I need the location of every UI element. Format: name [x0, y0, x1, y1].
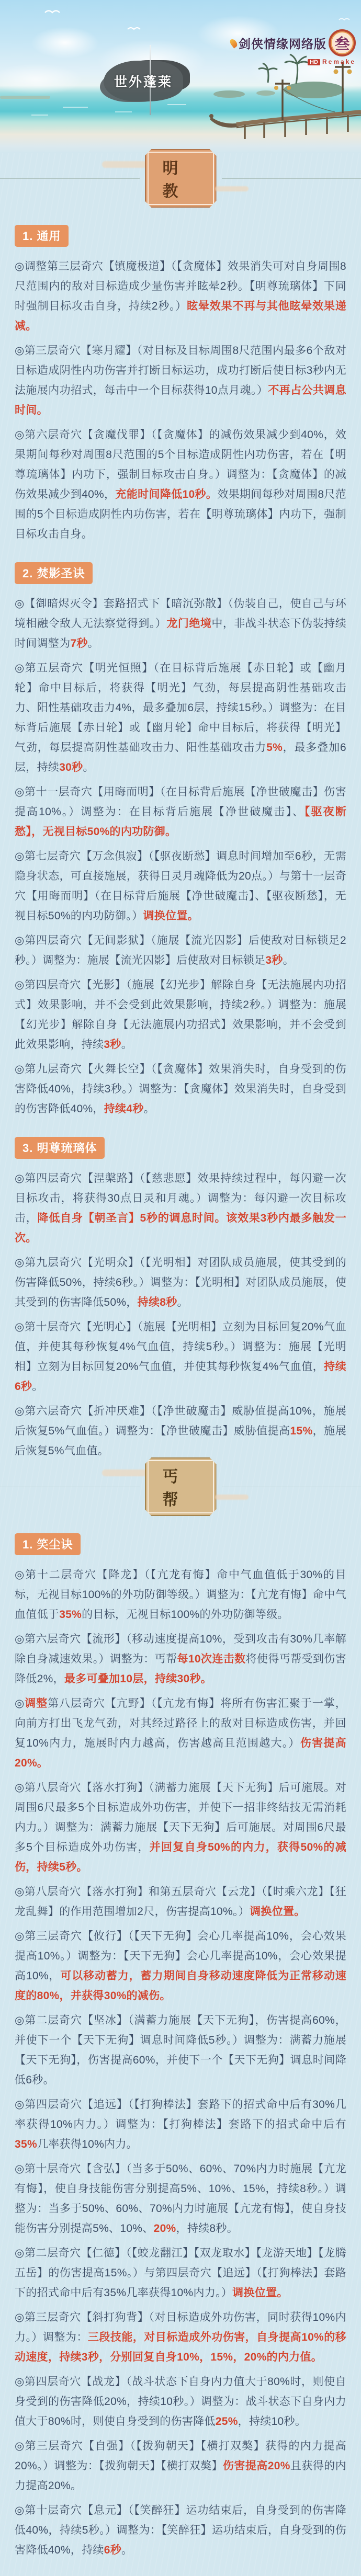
- change-item: ◎第二层奇穴【坚冰】（满蓄力施展【天下无狗】，伤害提高60%，并使下一个【天下无…: [0, 2011, 361, 2090]
- text-segment: 。: [83, 761, 94, 773]
- change-item: ◎第四层奇穴【涅槃路】（【慈悲愿】效果持续过程中，每闪避一次目标攻击，将获得30…: [0, 1169, 361, 1248]
- highlight-segment: 每10次连击数: [177, 1653, 245, 1665]
- cloud-decoration: [215, 1495, 249, 1500]
- text-segment: 。: [32, 1381, 43, 1393]
- divider-line: [222, 1487, 361, 1487]
- seagull-icon: [128, 28, 140, 29]
- highlight-segment: 持续4秒: [104, 1103, 144, 1115]
- boat-silhouette: [210, 117, 241, 128]
- change-item: ◎第九层奇穴【火舞长空】（【贪魔体】效果消失时，自身受到的伤害降低40%，持续3…: [0, 1059, 361, 1119]
- change-item: ◎第六层奇穴【贪魔伐罪】（【贪魔体】的减伤效果减少到40%，效果期间每秒对周围8…: [0, 425, 361, 544]
- highlight-segment: 3秒: [104, 1039, 121, 1051]
- island-silhouette: [256, 90, 275, 96]
- divider-line: [222, 178, 361, 179]
- subsection-tag: 3. 明尊琉璃体: [15, 1137, 105, 1159]
- subsection-tag: 1. 通用: [15, 225, 69, 247]
- change-item: ◎第六层奇穴【流形】（移动速度提高10%，受到攻击有30%几率解除自身减速效果。…: [0, 1629, 361, 1689]
- island-silhouette: [0, 96, 50, 99]
- change-item: ◎第五层奇穴【明光恒照】（在目标背后施展【赤日轮】或【幽月轮】命中目标后，将获得…: [0, 658, 361, 778]
- game-logo: 剑侠情缘网络版 叁 HDRemake: [231, 29, 356, 65]
- class-title: 丐帮: [163, 1468, 183, 1509]
- change-item: ◎调整第八层奇穴【亢野】（【亢龙有悔】将所有伤害汇聚于一掌，向前方打出飞龙气劲，…: [0, 1694, 361, 1773]
- hero-banner: 世外蓬莱 剑侠情缘网络版 叁 HDRemake: [0, 0, 361, 153]
- text-segment: 。: [121, 2544, 132, 2556]
- change-item: ◎第四层奇穴【追远】（【打狗棒法】套路下的招式命中后有30%几率获得10%内力。…: [0, 2095, 361, 2155]
- change-item: ◎第六层奇穴【折冲厌难】（【净世破魔击】威胁值提高10%，施展后恢复5%气血值。…: [0, 1401, 361, 1461]
- text-segment: 的目标，无视目标100%的外功防御等级。: [82, 1609, 289, 1621]
- change-item: ◎第四层奇穴【无间影狱】（施展【流光囚影】后使敌对目标锁足2秒。）调整为：施展【…: [0, 931, 361, 971]
- seagull-icon: [339, 19, 349, 20]
- highlight-segment: 20%: [154, 2222, 176, 2235]
- highlight-segment: 7秒: [71, 637, 88, 649]
- game-title: 剑侠情缘网络版: [239, 35, 326, 52]
- text-segment: ◎第十一层奇穴【用晦而明】（在目标背后施展【净世破魔击】伤害提高10%。）调整为…: [15, 786, 346, 818]
- class-plate: 丐帮: [145, 1457, 217, 1516]
- highlight-segment: 调换位置。: [143, 910, 199, 922]
- change-item: ◎第四层奇穴【战龙】（战斗状态下自身内力值大于80%时，则使自身受到的伤害降低2…: [0, 2372, 361, 2432]
- highlight-segment: 调换位置。: [232, 2287, 288, 2299]
- change-item: ◎【御暗烬灭令】套路招式下【暗沉弥散】（伪装自己，使自己与环境相融令敌人无法察觉…: [0, 594, 361, 654]
- highlight-segment: 35%: [59, 1609, 82, 1621]
- change-item: ◎第十层奇穴【息元】（【笑醉狂】运功结束后，自身受到的伤害降低40%，持续5秒。…: [0, 2501, 361, 2560]
- highlight-segment: 伤害提高20%: [223, 2460, 290, 2472]
- cloud-decoration: [215, 186, 249, 191]
- change-item: ◎第十二层奇穴【降龙】（【亢龙有悔】命中气血值低于30%的目标，无视目标100%…: [0, 1565, 361, 1625]
- highlight-segment: 15%: [290, 1425, 313, 1437]
- change-item: ◎第三层奇穴【自强】（【拨狗朝天】【横打双獒】获得的内力提高20%。）调整为：【…: [0, 2436, 361, 2496]
- text-segment: 。: [144, 1103, 155, 1115]
- cloud-decoration: [102, 1469, 147, 1476]
- island-silhouette: [284, 82, 344, 98]
- highlight-segment: 6秒: [104, 2544, 121, 2556]
- hd-badge: HD: [308, 59, 320, 65]
- text-segment: ◎第四层奇穴【追远】（【打狗棒法】套路下的招式命中后有30%几率获得10%内力。…: [15, 2099, 346, 2130]
- divider-line: [0, 178, 140, 179]
- change-item: ◎第九层奇穴【光明众】（【光明相】对团队成员施展，使其受到的伤害降低50%，持续…: [0, 1253, 361, 1313]
- highlight-segment: 龙门绝境: [166, 618, 211, 630]
- class-title: 明教: [163, 159, 183, 201]
- text-segment: 。: [177, 1296, 188, 1308]
- content-sections: 明教1. 通用◎调整第三层奇穴【镇魔极道】（【贪魔体】效果消失可对自身周围8尺范…: [0, 158, 361, 2576]
- change-item: ◎第四层奇穴【光影】（施展【幻光步】解除自身【无法施展内功招式】效果影响，并不会…: [0, 975, 361, 1055]
- pier-deck: [236, 112, 361, 124]
- highlight-segment: 可以移动蓄力，蓄力期间自身移动速度降低为正常移动速度的80%，并获得30%的减伤…: [15, 1970, 346, 2002]
- text-segment: ◎: [15, 1697, 25, 1709]
- change-item: ◎第八层奇穴【落水打狗】（满蓄力施展【天下无狗】后可施展。对周围6尺最多5个目标…: [0, 1778, 361, 1877]
- hd-remake-row: HDRemake: [231, 58, 356, 65]
- highlight-segment: 25%: [216, 2415, 238, 2427]
- change-item: ◎第七层奇穴【万念俱寂】（【驱夜断愁】调息时间增加至6秒，无需隐身状态，可直接施…: [0, 847, 361, 926]
- text-segment: ，持续8秒。: [176, 2222, 238, 2235]
- text-segment: ◎第四层奇穴【光影】（施展【幻光步】解除自身【无法施展内功招式】效果影响，并不会…: [15, 979, 346, 1051]
- seagull-icon: [45, 11, 60, 13]
- highlight-segment: 5%: [266, 742, 283, 754]
- text-segment: ◎第四层奇穴【无间影狱】（施展【流光囚影】后使敌对目标锁足2秒。）调整为：施展【…: [15, 934, 346, 966]
- text-segment: 。: [283, 954, 294, 966]
- expansion-logo: 世外蓬莱: [104, 61, 183, 101]
- text-segment: ◎第二层奇穴【坚冰】（满蓄力施展【天下无狗】，伤害提高60%，并使下一个【天下无…: [15, 2014, 346, 2086]
- text-segment: 几率获得10%内力。: [37, 2138, 138, 2150]
- change-item: ◎第三层奇穴【寒月耀】（对目标及目标周围8尺范围内最多6个敌对目标造成阴性内功伤…: [0, 341, 361, 420]
- remake-text: Remake: [322, 58, 356, 65]
- text-segment: ，持续10秒。: [238, 2415, 306, 2427]
- highlight-segment: 调换位置。: [250, 1906, 306, 1918]
- highlight-segment: 降低自身【朝圣言】5秒的调息时间。该效果3秒内最多触发一次。: [15, 1212, 346, 1244]
- divider-line: [0, 1487, 140, 1487]
- change-item: ◎第三层奇穴【斜打狗背】（对目标造成外功伤害，同时获得10%内力。）调整为：三段…: [0, 2308, 361, 2367]
- highlight-segment: 最多可叠加10层，持续30秒。: [64, 1673, 212, 1685]
- text-segment: 第八层奇穴【亢野】（【亢龙有悔】将所有伤害汇聚于一掌，向前方打出飞龙气劲，对其经…: [15, 1697, 346, 1749]
- change-item: ◎第十一层奇穴【用晦而明】（在目标背后施展【净世破魔击】伤害提高10%。）调整为…: [0, 782, 361, 842]
- text-segment: 。: [121, 1039, 132, 1051]
- expansion-title: 世外蓬莱: [104, 61, 183, 101]
- subsection-tag: 1. 笑尘诀: [15, 1533, 81, 1555]
- subsection-tag: 2. 焚影圣诀: [15, 562, 93, 584]
- change-item: ◎第三层奇穴【攸行】（【天下无狗】会心几率提高10%，会心效果提高10%。）调整…: [0, 1927, 361, 2006]
- text-segment: ◎第五层奇穴【明光恒照】（在目标背后施展【赤日轮】或【幽月轮】命中目标后，将获得…: [15, 662, 346, 754]
- highlight-segment: 充能时间降低10秒。: [115, 488, 217, 500]
- text-segment: ◎第十层奇穴【息元】（【笑醉狂】运功结束后，自身受到的伤害降低40%，持续5秒。…: [15, 2504, 346, 2556]
- boat-prow: [209, 114, 213, 118]
- change-item: ◎第二层奇穴【仁德】（【蛟龙翻江】【双龙取水】【龙游天地】【龙腾五岳】的伤害提高…: [0, 2243, 361, 2303]
- class-title-row: 明教: [0, 158, 361, 199]
- class-plate: 明教: [145, 149, 217, 208]
- text-segment: ◎第二层奇穴【仁德】（【蛟龙翻江】【双龙取水】【龙游天地】【龙腾五岳】的伤害提高…: [15, 2247, 346, 2299]
- change-item: ◎第十层奇穴【含弘】（当多于50%、60%、70%内力时施展【亢龙有悔】，使自身…: [0, 2159, 361, 2239]
- island-silhouette: [213, 90, 245, 98]
- class-title-row: 丐帮: [0, 1466, 361, 1507]
- change-item: ◎调整第三层奇穴【镇魔极道】（【贪魔体】效果消失可对自身周围8尺范围内的敌对目标…: [0, 257, 361, 336]
- highlight-segment: 调整: [25, 1697, 48, 1709]
- highlight-segment: 30秒: [59, 761, 83, 773]
- cloud-decoration: [102, 161, 147, 168]
- highlight-segment: 持续8秒: [138, 1296, 177, 1308]
- highlight-segment: 3秒: [265, 954, 283, 966]
- text-segment: ◎第十层奇穴【光明心】（施展【光明相】立刻为目标回复20%气血值，并使其每秒恢复…: [15, 1321, 346, 1373]
- change-item: ◎第十层奇穴【光明心】（施展【光明相】立刻为目标回复20%气血值，并使其每秒恢复…: [0, 1317, 361, 1397]
- water-sparkle: [31, 105, 186, 115]
- text-segment: 。: [88, 637, 99, 649]
- change-item: ◎第八层奇穴【落水打狗】和第五层奇穴【云龙】（【时乘六龙】【狂龙乱舞】的作用范围…: [0, 1882, 361, 1922]
- highlight-segment: 35%: [15, 2138, 37, 2150]
- game-title-numeral: 叁: [329, 29, 356, 56]
- text-segment: ◎第九层奇穴【火舞长空】（【贪魔体】效果消失时，自身受到的伤害降低40%，持续3…: [15, 1063, 346, 1115]
